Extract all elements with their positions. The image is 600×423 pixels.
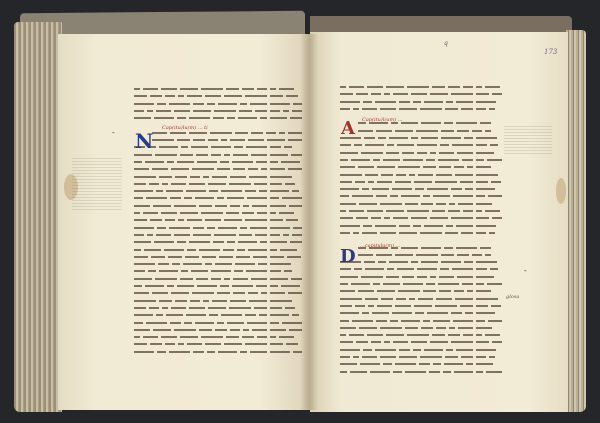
text-line [134,276,302,283]
text-line [340,303,502,310]
text-line [134,283,302,290]
text-line [134,166,302,173]
text-line [134,137,302,144]
text-line [134,268,302,275]
text-line [340,172,502,179]
text-line [340,347,502,354]
text-line [134,225,302,232]
text-line [134,349,302,356]
text-line [134,341,302,348]
fore-edge-left [14,22,62,412]
left-rubric-1: Cap(itu)lu(m) ... ti [162,125,208,131]
text-line [134,93,302,100]
text-line [134,210,302,217]
text-line [134,320,302,327]
text-line [134,86,302,93]
text-line [340,142,502,149]
left-page: - Cap(itu)lu(m) ... ti N [58,34,310,410]
text-line [340,296,502,303]
text-line [134,101,302,108]
text-line [340,230,502,237]
text-line [340,274,502,281]
text-line [340,318,502,325]
text-line [134,261,302,268]
text-line [340,164,502,171]
text-line [340,215,502,222]
text-line [340,310,502,317]
water-stain [556,178,566,204]
initial-letter-a: A [341,118,355,139]
text-line [134,327,302,334]
text-line [340,369,502,376]
gutter [300,34,318,410]
text-line [340,179,502,186]
open-manuscript: - Cap(itu)lu(m) ... ti N 173 q Cap(itu)l… [0,0,600,423]
text-line [340,186,502,193]
text-line [134,239,302,246]
text-line [340,354,502,361]
marginal-gloss: glosa [506,294,519,300]
initial-letter-n: N [135,129,153,153]
text-line [340,128,502,135]
text-line [340,288,502,295]
text-line [340,135,502,142]
text-line [340,150,502,157]
text-line [134,181,302,188]
text-line [340,106,502,113]
right-rubric-1: Cap(itu)l(um) ... [362,117,403,123]
text-line [134,290,302,297]
text-line [134,305,302,312]
text-line [134,188,302,195]
text-line [134,130,302,137]
folio-number: 173 [544,48,557,56]
text-line [134,115,302,122]
margin-dash: - [524,266,527,275]
text-line [340,332,502,339]
bleed-through-text [504,126,552,156]
right-text-column [340,84,502,376]
header-mark: q [444,40,448,47]
text-line [340,259,502,266]
right-rubric-2: ...capitulu(m) ... [360,243,400,249]
text-line [340,157,502,164]
text-line [134,144,302,151]
text-line [134,152,302,159]
text-line [134,195,302,202]
text-line [340,325,502,332]
text-line [134,203,302,210]
text-line [134,108,302,115]
text-line [340,84,502,91]
text-line [340,339,502,346]
fore-edge-right [566,30,586,412]
text-line [134,122,302,129]
text-line [134,254,302,261]
text-line [340,193,502,200]
text-line [134,334,302,341]
text-line [134,174,302,181]
text-line [340,201,502,208]
text-line [340,281,502,288]
text-line [134,159,302,166]
text-line [340,266,502,273]
text-line [340,252,502,259]
text-line [134,217,302,224]
text-line [340,361,502,368]
text-line [134,298,302,305]
text-line [134,247,302,254]
text-line [134,232,302,239]
right-page: 173 q Cap(itu)l(um) ... A ...capitulu(m)… [310,32,568,412]
initial-letter-d: D [340,246,356,267]
bleed-through-text [72,158,122,210]
left-text-column [134,86,302,356]
text-line [134,312,302,319]
text-line [340,208,502,215]
text-line [340,99,502,106]
margin-dash: - [112,128,115,137]
text-line [340,91,502,98]
text-line [340,223,502,230]
